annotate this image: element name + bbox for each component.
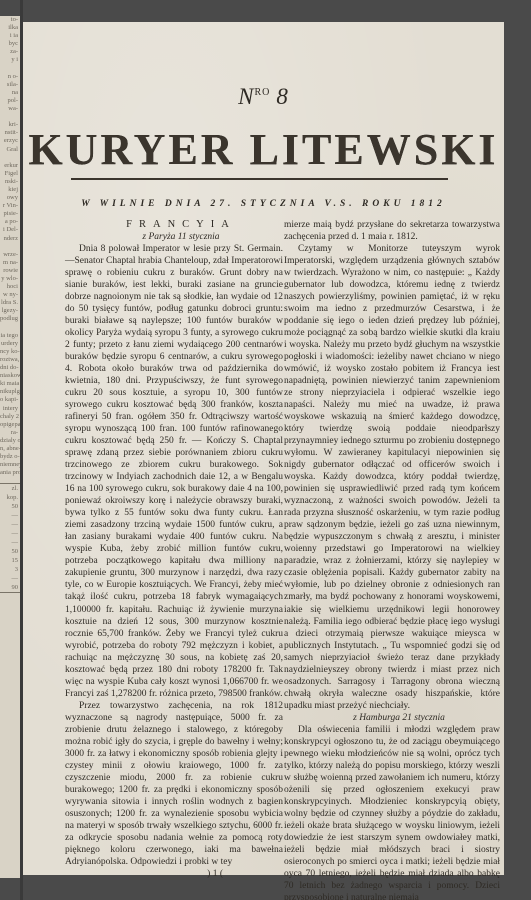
adjacent-page-line: to-: [0, 16, 20, 24]
section-title: FRANCYIA: [65, 219, 283, 231]
adjacent-table-row: —: [0, 538, 18, 547]
adjacent-page-line: [0, 243, 20, 251]
adjacent-page-line: podlug: [0, 315, 20, 323]
adjacent-page-table: zl. kop.50————50153—90: [0, 483, 20, 593]
adjacent-page-line: chaly 2: [0, 413, 20, 421]
issue-number-value: 8: [276, 84, 289, 109]
adjacent-page-line: erzyc: [0, 137, 20, 145]
adjacent-page-line: nderz: [0, 235, 20, 243]
adjacent-page-line: niaskow: [0, 372, 20, 380]
article-paragraph: Dla oświecenia familii i młodzi względem…: [284, 724, 500, 900]
adjacent-page-line: ilka: [0, 24, 20, 32]
issue-number-prefix: N: [238, 84, 254, 109]
adjacent-page-line: Figel: [0, 170, 20, 178]
adjacent-table-row: —: [0, 511, 18, 520]
adjacent-table-row: 15: [0, 556, 18, 565]
newspaper-title: KURYER LITEWSKI: [23, 124, 504, 175]
adjacent-page-line: nstit-: [0, 129, 20, 137]
adjacent-page-line: urdery: [0, 340, 20, 348]
adjacent-page-line: wrze-: [0, 251, 20, 259]
article-paragraph: Czytamy w Monitorze tuteyszym wyrok Impe…: [284, 243, 500, 712]
adjacent-page-line: hoci: [0, 283, 20, 291]
left-column: FRANCYIA z Paryża 11 stycznia Dnia 8 pol…: [65, 219, 283, 880]
adjacent-page-line: i Del-: [0, 226, 20, 234]
adjacent-page-line: o kapi-: [0, 396, 20, 404]
adjacent-page-line: intery: [0, 405, 20, 413]
adjacent-page-line: [0, 65, 20, 73]
adjacent-page-line: m na-: [0, 259, 20, 267]
adjacent-page-line: opigepa: [0, 421, 20, 429]
adjacent-page-line: [0, 154, 20, 162]
adjacent-page-line: nikuplgy: [0, 388, 20, 396]
adjacent-page-line: w ny-: [0, 291, 20, 299]
adjacent-table-header: zl. kop.: [0, 484, 18, 502]
adjacent-page-line: ldra S.: [0, 299, 20, 307]
adjacent-page-line: kri-: [0, 121, 20, 129]
adjacent-page-line: wa-: [0, 105, 20, 113]
adjacent-page-line: pisie-: [0, 210, 20, 218]
adjacent-table-row: 90: [0, 583, 18, 592]
adjacent-page-line: r Vin-: [0, 202, 20, 210]
adjacent-page-line: kiej: [0, 186, 20, 194]
article-paragraph: Przez towarzystwo zachęcenia, na rok 181…: [65, 700, 283, 868]
article-dateline: z Paryża 11 stycznia: [65, 231, 283, 243]
issue-number: NRO8: [23, 84, 504, 110]
adjacent-page-line: za-: [0, 48, 20, 56]
adjacent-page-line: n o-: [0, 73, 20, 81]
newspaper-page: NRO8 KURYER LITEWSKI W WILNIE DNIA 27. S…: [23, 22, 504, 875]
adjacent-page-line: ncy ko-: [0, 348, 20, 356]
adjacent-page-line: niemney,: [0, 461, 20, 469]
adjacent-page-line: erkur: [0, 162, 20, 170]
adjacent-page-line: roztwa,: [0, 356, 20, 364]
article-paragraph: mierze maią bydź przysłane do sekretarza…: [284, 219, 500, 243]
adjacent-page-line: i ia: [0, 32, 20, 40]
adjacent-page-line: ki maia: [0, 380, 20, 388]
adjacent-page-line: y i: [0, 56, 20, 64]
adjacent-table-row: —: [0, 529, 18, 538]
adjacent-table-row: —: [0, 520, 18, 529]
adjacent-page-line: y wlo-: [0, 275, 20, 283]
issue-dateline: W WILNIE DNIA 27. STYCZNIA V.S. ROKU 181…: [23, 199, 504, 209]
adjacent-page-text: to-ilkai iabycza-y i n o-sila-napol-wa- …: [0, 16, 20, 477]
adjacent-page-line: ra-: [0, 429, 20, 437]
adjacent-table-row: 50: [0, 502, 18, 511]
page-marker: ) 1 (: [65, 868, 283, 880]
adjacent-page-line: ia tego: [0, 332, 20, 340]
adjacent-page-line: [0, 324, 20, 332]
adjacent-page-line: lgezy-: [0, 307, 20, 315]
adjacent-table-row: 50: [0, 547, 18, 556]
adjacent-page-line: nski-: [0, 178, 20, 186]
adjacent-page-line: ania pro-: [0, 469, 20, 477]
right-column: mierze maią bydź przysłane do sekretarza…: [284, 219, 500, 900]
adjacent-page-line: rowie: [0, 267, 20, 275]
adjacent-page-strip: to-ilkai iabycza-y i n o-sila-napol-wa- …: [0, 16, 20, 878]
adjacent-page-line: byc: [0, 40, 20, 48]
adjacent-page-line: dzialy oh-: [0, 437, 20, 445]
adjacent-table-row: 3: [0, 565, 18, 574]
adjacent-page-line: owy: [0, 194, 20, 202]
adjacent-page-line: [0, 113, 20, 121]
adjacent-page-line: pol-: [0, 97, 20, 105]
adjacent-page-line: n, abne-: [0, 445, 20, 453]
masthead-rule: [71, 178, 448, 180]
adjacent-page-line: sila-: [0, 81, 20, 89]
adjacent-page-line: dni do-: [0, 364, 20, 372]
article-dateline: z Hamburga 21 stycznia: [284, 712, 500, 724]
issue-number-sup: RO: [254, 87, 270, 98]
adjacent-page-line: na: [0, 89, 20, 97]
article-paragraph: Dnia 8 polował Imperator w lesie przy St…: [65, 243, 283, 700]
adjacent-page-line: Gral: [0, 146, 20, 154]
adjacent-page-line: a po-: [0, 218, 20, 226]
adjacent-table-row: —: [0, 574, 18, 583]
adjacent-page-line: bydz o-: [0, 453, 20, 461]
